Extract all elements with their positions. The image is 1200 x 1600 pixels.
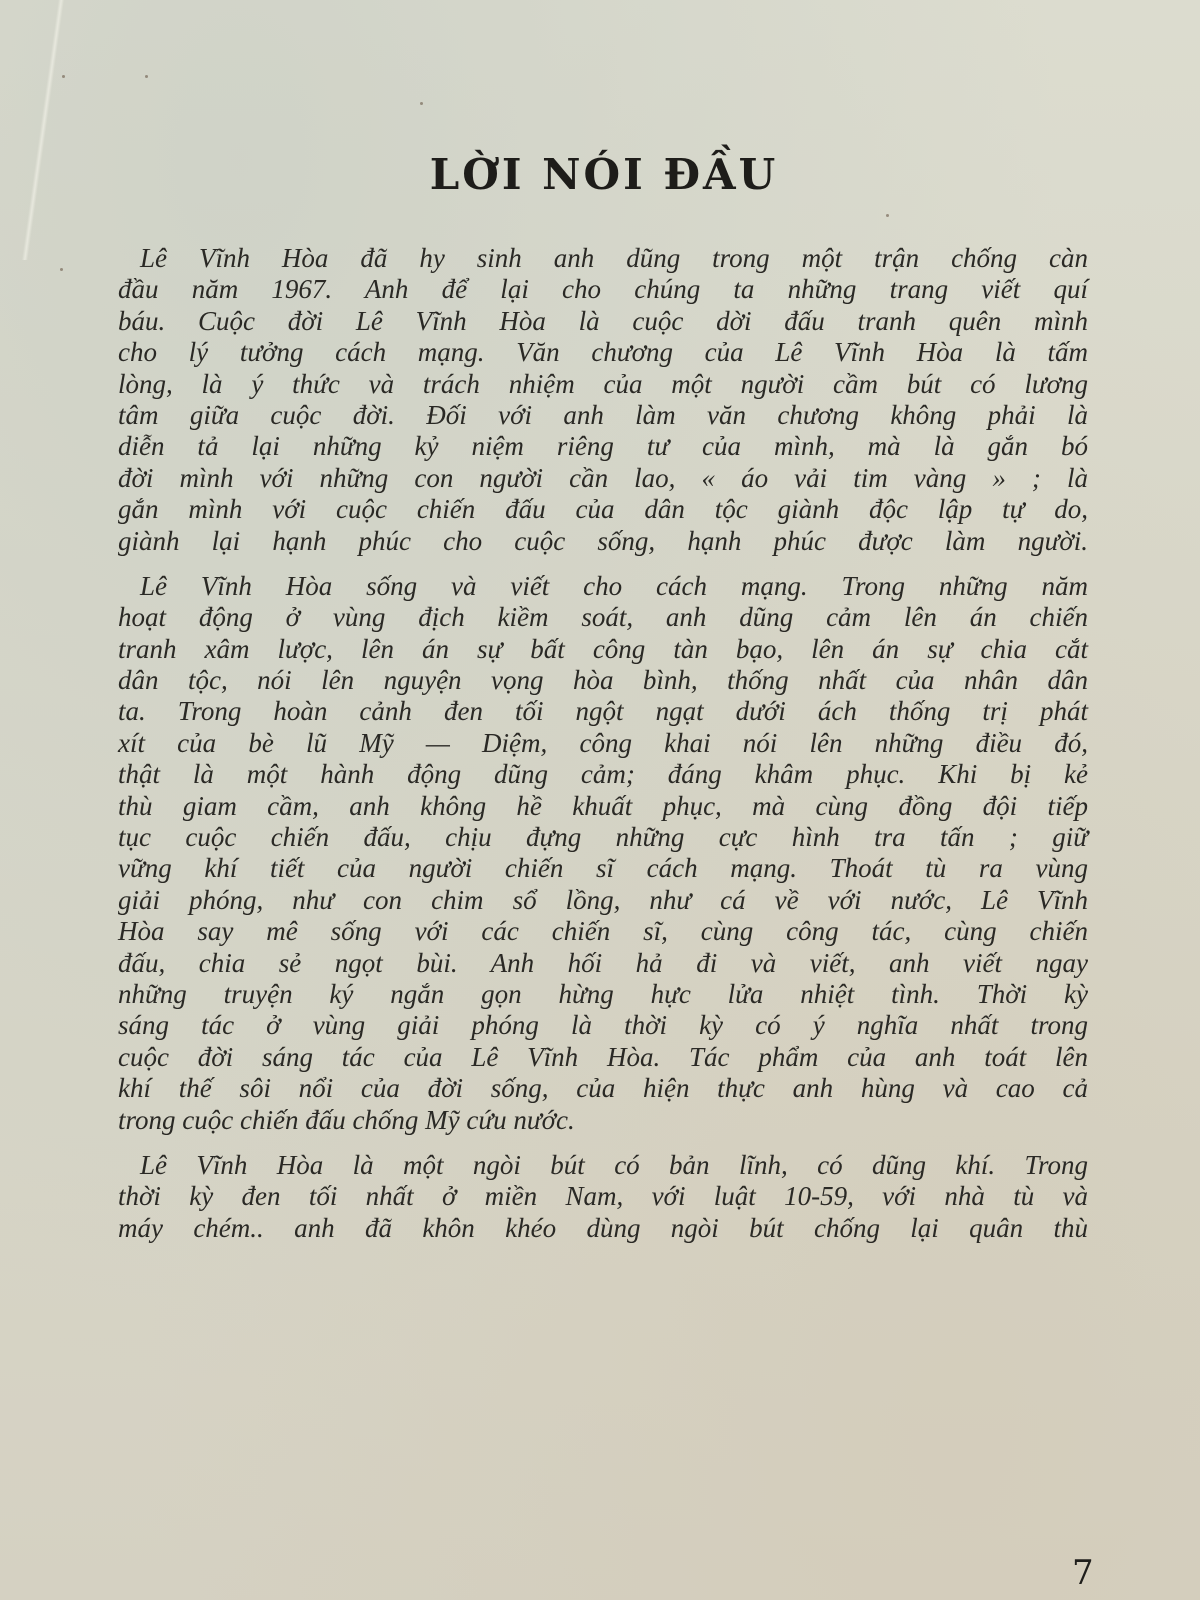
paragraph-3: Lê Vĩnh Hòa là một ngòi bút có bản lĩnh,… xyxy=(118,1150,1088,1244)
paper-speck xyxy=(420,102,423,105)
text-line: Lê Vĩnh Hòa là một ngòi bút có bản lĩnh,… xyxy=(118,1150,1088,1181)
text-line: đấu, chia sẻ ngọt bùi. Anh hối hả đi và … xyxy=(118,948,1088,979)
paper-speck xyxy=(886,214,889,217)
text-line: cho lý tưởng cách mạng. Văn chương của L… xyxy=(118,337,1088,368)
text-line: Lê Vĩnh Hòa đã hy sinh anh dũng trong mộ… xyxy=(118,243,1088,274)
text-line: trong cuộc chiến đấu chống Mỹ cứu nước. xyxy=(118,1105,1088,1136)
text-line: Hòa say mê sống với các chiến sĩ, cùng c… xyxy=(118,916,1088,947)
paper-speck xyxy=(60,268,63,271)
text-line: đời mình với những con người cần lao, « … xyxy=(118,463,1088,494)
text-line: lòng, là ý thức và trách nhiệm của một n… xyxy=(118,369,1088,400)
paragraph-2: Lê Vĩnh Hòa sống và viết cho cách mạng. … xyxy=(118,571,1088,1136)
paper-speck xyxy=(62,75,65,78)
text-line: những truyện ký ngắn gọn hừng hực lửa nh… xyxy=(118,979,1088,1010)
text-line: cuộc đời sáng tác của Lê Vĩnh Hòa. Tác p… xyxy=(118,1042,1088,1073)
paragraph-1: Lê Vĩnh Hòa đã hy sinh anh dũng trong mộ… xyxy=(118,243,1088,557)
text-line: xít của bè lũ Mỹ — Diệm, công khai nói l… xyxy=(118,728,1088,759)
text-line: vững khí tiết của người chiến sĩ cách mạ… xyxy=(118,853,1088,884)
text-line: tục cuộc chiến đấu, chịu đựng những cực … xyxy=(118,822,1088,853)
paper-speck xyxy=(145,75,148,78)
text-line: thù giam cầm, anh không hề khuất phục, m… xyxy=(118,791,1088,822)
text-line: dân tộc, nói lên nguyện vọng hòa bình, t… xyxy=(118,665,1088,696)
text-line: thời kỳ đen tối nhất ở miền Nam, với luậ… xyxy=(118,1181,1088,1212)
paper-fold-mark xyxy=(22,0,65,260)
text-line: giành lại hạnh phúc cho cuộc sống, hạnh … xyxy=(118,526,1088,557)
text-line: Lê Vĩnh Hòa sống và viết cho cách mạng. … xyxy=(118,571,1088,602)
text-line: hoạt động ở vùng địch kiềm soát, anh dũn… xyxy=(118,602,1088,633)
text-line: khí thế sôi nổi của đời sống, của hiện t… xyxy=(118,1073,1088,1104)
text-line: tâm giữa cuộc đời. Đối với anh làm văn c… xyxy=(118,400,1088,431)
text-line: diễn tả lại những kỷ niệm riêng tư của m… xyxy=(118,431,1088,462)
text-line: máy chém.. anh đã khôn khéo dùng ngòi bú… xyxy=(118,1213,1088,1244)
page-title: LỜI NÓI ĐẦU xyxy=(0,150,1200,199)
text-line: gắn mình với cuộc chiến đấu của dân tộc … xyxy=(118,494,1088,525)
text-line: ta. Trong hoàn cảnh đen tối ngột ngạt dư… xyxy=(118,696,1088,727)
text-line: đầu năm 1967. Anh để lại cho chúng ta nh… xyxy=(118,274,1088,305)
body-text: Lê Vĩnh Hòa đã hy sinh anh dũng trong mộ… xyxy=(118,243,1088,1244)
text-line: tranh xâm lược, lên án sự bất công tàn b… xyxy=(118,634,1088,665)
text-line: sáng tác ở vùng giải phóng là thời kỳ có… xyxy=(118,1010,1088,1041)
text-line: báu. Cuộc đời Lê Vĩnh Hòa là cuộc dời đấ… xyxy=(118,306,1088,337)
text-line: thật là một hành động dũng cảm; đáng khâ… xyxy=(118,759,1088,790)
text-line: giải phóng, như con chim sổ lồng, như cá… xyxy=(118,885,1088,916)
page-number: 7 xyxy=(1072,1553,1094,1593)
